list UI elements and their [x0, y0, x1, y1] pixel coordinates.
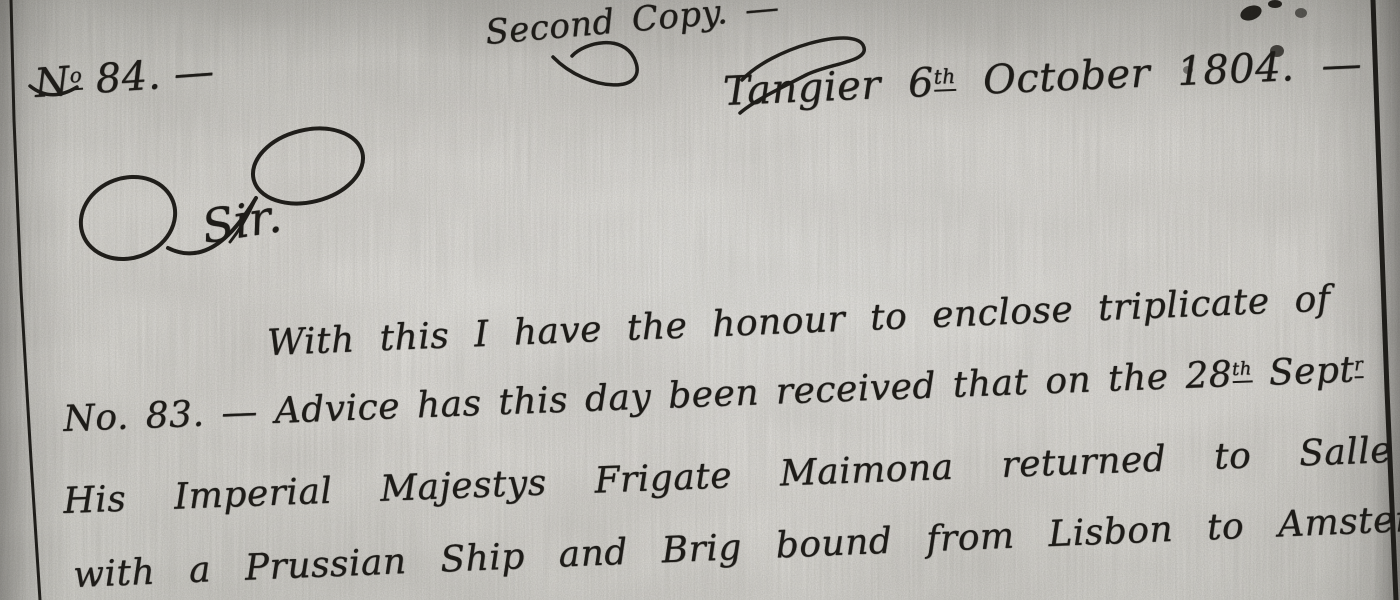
body-line-2-month-ordinal: r: [1354, 354, 1364, 378]
dateline: Tangier 6th October 1804. —: [722, 44, 1363, 112]
dateline-place-day: Tangier 6: [722, 60, 935, 115]
body-line-1: With this I have the honour to enclose t…: [266, 281, 1331, 362]
document-number-n: N: [33, 59, 72, 107]
copy-label-flourish: [553, 43, 637, 85]
scanned-letter-page: No 84. — Second Copy. — Tangier 6th Octo…: [0, 0, 1400, 600]
copy-label: Second Copy. —: [484, 0, 781, 50]
document-number-value: 84. —: [81, 49, 216, 104]
document-number: No 84. —: [33, 52, 215, 104]
body-line-2-month: Sept: [1251, 349, 1355, 394]
dateline-month-year: October 1804. —: [955, 41, 1363, 105]
salutation: Sir.: [199, 192, 285, 250]
body-line-2-text: No. 83. — Advice has this day been recei…: [63, 354, 1233, 440]
dateline-ordinal: th: [933, 63, 956, 91]
body-line-3: His Imperial Majestys Frigate Maimona re…: [63, 433, 1393, 520]
body-line-2-ordinal: th: [1232, 358, 1253, 383]
body-line-2: No. 83. — Advice has this day been recei…: [63, 352, 1365, 438]
